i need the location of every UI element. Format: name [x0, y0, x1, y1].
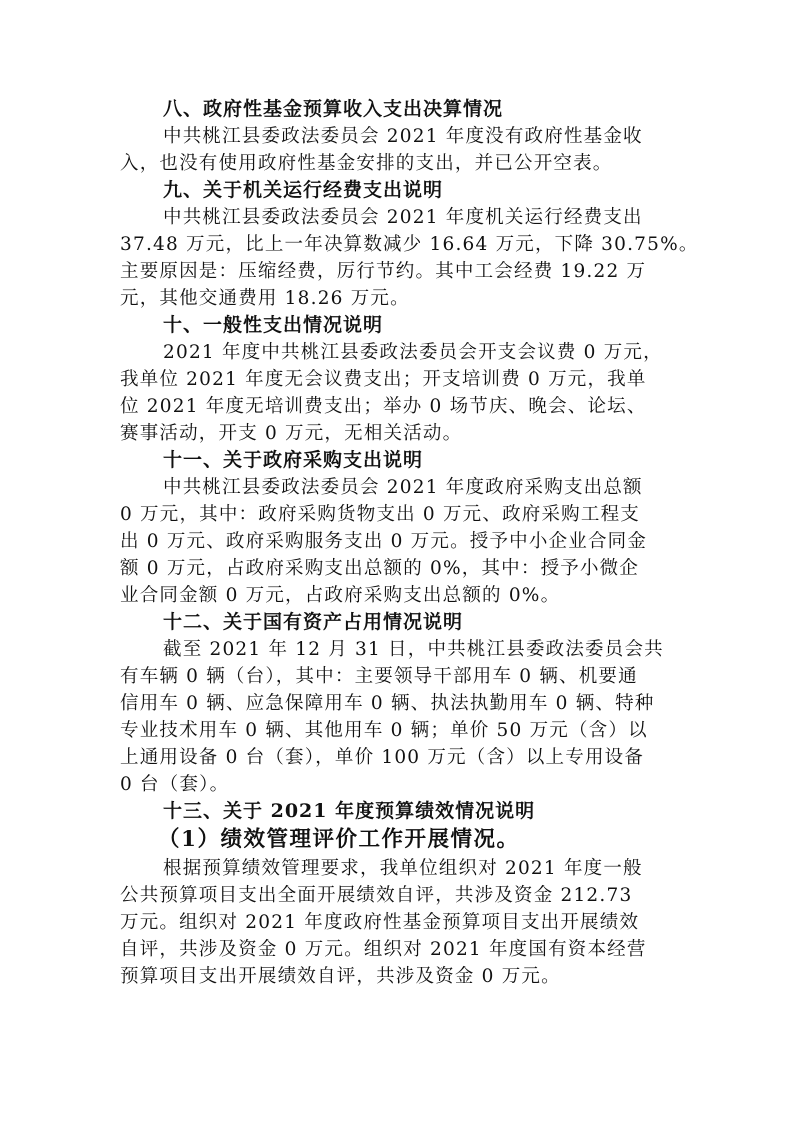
paragraph-line: 自评，共涉及资金 0 万元。组织对 2021 年度国有资本经营	[120, 936, 690, 963]
paragraph-line: 信用车 0 辆、应急保障用车 0 辆、执法执勤用车 0 辆、特种	[120, 690, 690, 717]
paragraph-line: 根据预算绩效管理要求，我单位组织对 2021 年度一般	[120, 855, 690, 882]
paragraph-line: 额 0 万元，占政府采购支出总额的 0%，其中：授予小微企	[120, 555, 690, 582]
section-heading-11: 十一、关于政府采购支出说明	[120, 447, 690, 474]
paragraph-line: 中共桃江县委政法委员会 2021 年度没有政府性基金收	[120, 123, 690, 150]
paragraph-line: 专业技术用车 0 辆、其他用车 0 辆；单价 50 万元（含）以	[120, 717, 690, 744]
paragraph-line: 元，其他交通费用 18.26 万元。	[120, 285, 690, 312]
section-heading-9: 九、关于机关运行经费支出说明	[120, 177, 690, 204]
section-heading-10: 十、一般性支出情况说明	[120, 312, 690, 339]
paragraph-line: 位 2021 年度无培训费支出；举办 0 场节庆、晚会、论坛、	[120, 393, 690, 420]
subsection-heading: （1）绩效管理评价工作开展情况。	[120, 825, 690, 855]
paragraph-line: 37.48 万元，比上一年决算数减少 16.64 万元，下降 30.75%。	[120, 231, 690, 258]
document-page: 八、政府性基金预算收入支出决算情况 中共桃江县委政法委员会 2021 年度没有政…	[120, 96, 690, 990]
paragraph-line: 预算项目支出开展绩效自评，共涉及资金 0 万元。	[120, 963, 690, 990]
paragraph-line: 0 台（套）。	[120, 771, 690, 798]
paragraph-line: 有车辆 0 辆（台），其中：主要领导干部用车 0 辆、机要通	[120, 663, 690, 690]
section-heading-8: 八、政府性基金预算收入支出决算情况	[120, 96, 690, 123]
paragraph-line: 截至 2021 年 12 月 31 日，中共桃江县委政法委员会共	[120, 636, 690, 663]
paragraph-line: 中共桃江县委政法委员会 2021 年度机关运行经费支出	[120, 204, 690, 231]
paragraph-line: 2021 年度中共桃江县委政法委员会开支会议费 0 万元，	[120, 339, 690, 366]
paragraph-line: 业合同金额 0 万元，占政府采购支出总额的 0%。	[120, 582, 690, 609]
paragraph-line: 主要原因是：压缩经费，厉行节约。其中工会经费 19.22 万	[120, 258, 690, 285]
paragraph-line: 万元。组织对 2021 年度政府性基金预算项目支出开展绩效	[120, 909, 690, 936]
paragraph-line: 公共预算项目支出全面开展绩效自评，共涉及资金 212.73	[120, 882, 690, 909]
section-heading-12: 十二、关于国有资产占用情况说明	[120, 609, 690, 636]
paragraph-line: 中共桃江县委政法委员会 2021 年度政府采购支出总额	[120, 474, 690, 501]
paragraph-line: 入，也没有使用政府性基金安排的支出，并已公开空表。	[120, 150, 690, 177]
section-heading-13: 十三、关于 2021 年度预算绩效情况说明	[120, 798, 690, 825]
paragraph-line: 0 万元，其中：政府采购货物支出 0 万元、政府采购工程支	[120, 501, 690, 528]
paragraph-line: 我单位 2021 年度无会议费支出；开支培训费 0 万元，我单	[120, 366, 690, 393]
paragraph-line: 出 0 万元、政府采购服务支出 0 万元。授予中小企业合同金	[120, 528, 690, 555]
paragraph-line: 赛事活动，开支 0 万元，无相关活动。	[120, 420, 690, 447]
paragraph-line: 上通用设备 0 台（套），单价 100 万元（含）以上专用设备	[120, 744, 690, 771]
